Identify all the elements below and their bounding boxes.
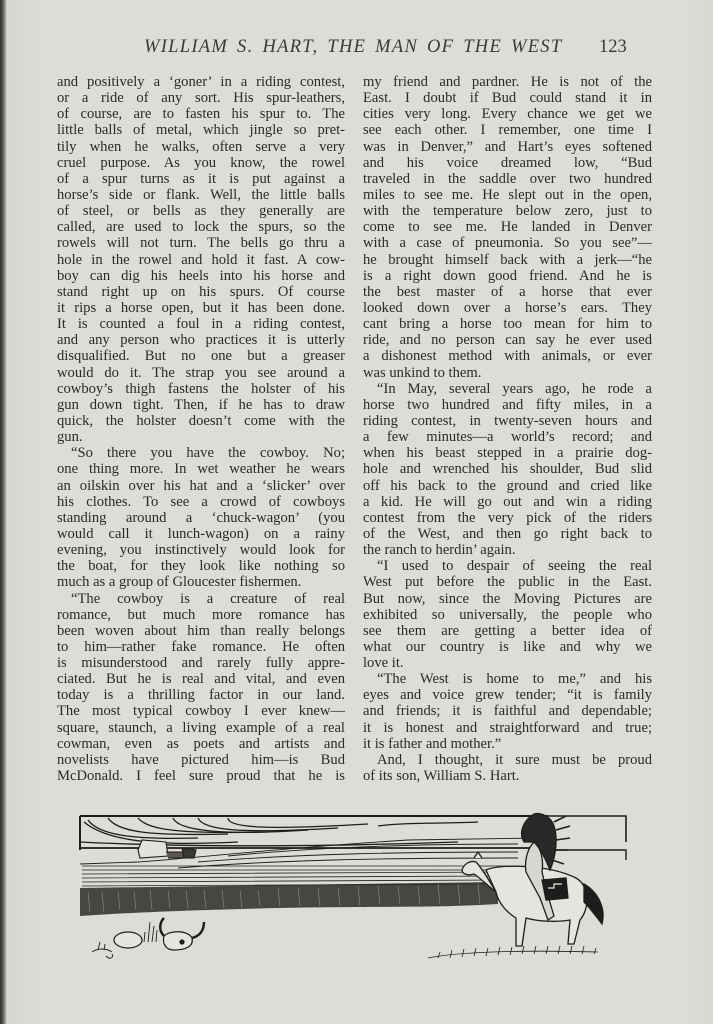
text-line: would call it lunch-wagon) on a rainy	[57, 526, 345, 542]
text-line: the boat, for they look like nothing so	[57, 558, 345, 574]
text-line: of steel, or bells as they generally are	[57, 203, 345, 219]
text-line: it is father and mother.”	[363, 736, 652, 752]
text-line: cowboy’s thigh fastens the holster of hi…	[57, 381, 345, 397]
text-line: called, are used to lock the spurs, so t…	[57, 219, 345, 235]
text-line: today is a thrilling factor in our land.	[57, 687, 345, 703]
text-line: off his back to the ground and cried lik…	[363, 478, 652, 494]
text-line: it rips a horse open, but it has been do…	[57, 300, 345, 316]
text-line: and any person who practices it is utter…	[57, 332, 345, 348]
text-line: to him—rather fake romance. He often	[57, 639, 345, 655]
text-line: he brought himself back with a jerk—“he	[363, 252, 652, 268]
text-line: evening, you instinctively would look fo…	[57, 542, 345, 558]
text-line: when his beast stepped in a prairie dog-	[363, 445, 652, 461]
text-line: with the temperature below zero, just to	[363, 203, 652, 219]
text-line: and his voice dreamed low, “Bud	[363, 155, 652, 171]
text-line: the best master of a horse that ever	[363, 284, 652, 300]
text-line: is misunderstood and rarely fully appre-	[57, 655, 345, 671]
text-line: But now, since the Moving Pictures are	[363, 591, 652, 607]
text-line: It is counted a foul in a riding contest…	[57, 316, 345, 332]
text-line: an oilskin over his hat and a ‘slicker’ …	[57, 478, 345, 494]
text-line: “In May, several years ago, he rode a	[363, 381, 652, 397]
text-line: ciated. But he is real and vital, and ev…	[57, 671, 345, 687]
text-line: been woven about him than really belongs	[57, 623, 345, 639]
grass-band	[80, 882, 498, 916]
text-line: see them are getting a better idea of	[363, 623, 652, 639]
text-line: a kid. He will go out and win a riding	[363, 494, 652, 510]
text-line: tily when he walks, often serve a very	[57, 139, 345, 155]
text-column-left: and positively a ‘goner’ in a riding con…	[57, 74, 345, 784]
text-line: come to see me. He landed in Denver	[363, 219, 652, 235]
text-line: with a case of pneumonia. So you see”—	[363, 235, 652, 251]
text-line: and positively a ‘goner’ in a riding con…	[57, 74, 345, 90]
text-line: was in Denver,” and Hart’s eyes softened	[363, 139, 652, 155]
text-line: “So there you have the cowboy. No;	[57, 445, 345, 461]
text-line: contest from the very pick of the riders	[363, 510, 652, 526]
text-line: boy can dig his heels into his horse and	[57, 268, 345, 284]
text-line: see each other. I remember, one time I	[363, 122, 652, 138]
text-line: would do it. The strap you see around a	[57, 365, 345, 381]
text-line: And, I thought, it sure must be proud	[363, 752, 652, 768]
text-line: stand right up on his spurs. Of course	[57, 284, 345, 300]
text-line: The most typical cowboy I ever knew—	[57, 703, 345, 719]
illustration-drawing	[78, 812, 650, 972]
text-line: standing around a ‘chuck-wagon’ (you	[57, 510, 345, 526]
text-line: cowman, even as poets and artists and	[57, 736, 345, 752]
text-line: quick, the holster doesn’t come with the	[57, 413, 345, 429]
text-line: of course, are to fasten his spur to. Th…	[57, 106, 345, 122]
text-line: riding contest, in twenty-seven hours an…	[363, 413, 652, 429]
text-line: hole in the rowel and hold it fast. A co…	[57, 252, 345, 268]
text-line: cities very long. Every chance we get we	[363, 106, 652, 122]
text-line: West put before the public in the East.	[363, 574, 652, 590]
text-line: novelists have pictured him—is Bud	[57, 752, 345, 768]
text-line: “The cowboy is a creature of real	[57, 591, 345, 607]
text-line: exhibited so universally, the people who	[363, 607, 652, 623]
book-page: WILLIAM S. HART, THE MAN OF THE WEST 123…	[0, 0, 713, 1024]
text-line: East. I doubt if Bud could stand it in	[363, 90, 652, 106]
text-line: the ranch to herdin’ again.	[363, 542, 652, 558]
prairie-illustration	[78, 812, 650, 972]
running-title: WILLIAM S. HART, THE MAN OF THE WEST	[144, 37, 562, 58]
text-line: “I used to despair of seeing the real	[363, 558, 652, 574]
text-line: one thing more. In wet weather he wears	[57, 461, 345, 477]
text-line: miles to see me. He slept out in the ope…	[363, 187, 652, 203]
text-column-right: my friend and pardner. He is not of theE…	[363, 74, 652, 784]
text-line: gun.	[57, 429, 345, 445]
text-line: hole and wrenched his shoulder, Bud slid	[363, 461, 652, 477]
text-line: horse’s side or flank. Well, the little …	[57, 187, 345, 203]
text-line: love it.	[363, 655, 652, 671]
text-line: or a ride of any sort. His spur-leathers…	[57, 90, 345, 106]
text-line: ride, and no person can say he ever used	[363, 332, 652, 348]
text-line: of the West, and then go right back to	[363, 526, 652, 542]
text-line: looked down over a horse’s ears. They	[363, 300, 652, 316]
text-line: square, staunch, a living example of a r…	[57, 720, 345, 736]
page-number: 123	[599, 37, 627, 58]
text-line: little balls of metal, which jingle so p…	[57, 122, 345, 138]
text-line: it is honest and straightforward and tru…	[363, 720, 652, 736]
text-line: was unkind to them.	[363, 365, 652, 381]
text-line: “The West is home to me,” and his	[363, 671, 652, 687]
text-line: and friends; it is faithful and dependab…	[363, 703, 652, 719]
text-line: much as a group of Gloucester fishermen.	[57, 574, 345, 590]
text-line: disqualified. But no one but a greaser	[57, 348, 345, 364]
text-line: traveled in the saddle over two hundred	[363, 171, 652, 187]
text-line: a dishonest method with animals, or ever	[363, 348, 652, 364]
text-line: rowels will not turn. The bells go thru …	[57, 235, 345, 251]
text-line: of its son, William S. Hart.	[363, 768, 652, 784]
text-line: cant bring a horse too mean for him to	[363, 316, 652, 332]
text-line: a few minutes—a world’s record; and	[363, 429, 652, 445]
text-line: horse two hundred and fifty miles, in a	[363, 397, 652, 413]
text-line: McDonald. I feel sure proud that he is	[57, 768, 345, 784]
text-line: what our country is like and why we	[363, 639, 652, 655]
text-line: of a spur turns as it is put against a	[57, 171, 345, 187]
text-line: is a right down good friend. And he is	[363, 268, 652, 284]
text-line: my friend and pardner. He is not of the	[363, 74, 652, 90]
text-line: cruel purpose. As you know, the rowel	[57, 155, 345, 171]
text-line: his clothes. To see a crowd of cowboys	[57, 494, 345, 510]
text-line: romance, but much more romance has	[57, 607, 345, 623]
text-line: eyes and voice grew tender; “it is famil…	[363, 687, 652, 703]
horse-and-rider	[462, 814, 603, 946]
text-line: gun down tight. Then, if he has to draw	[57, 397, 345, 413]
cattle-skull	[114, 918, 204, 950]
